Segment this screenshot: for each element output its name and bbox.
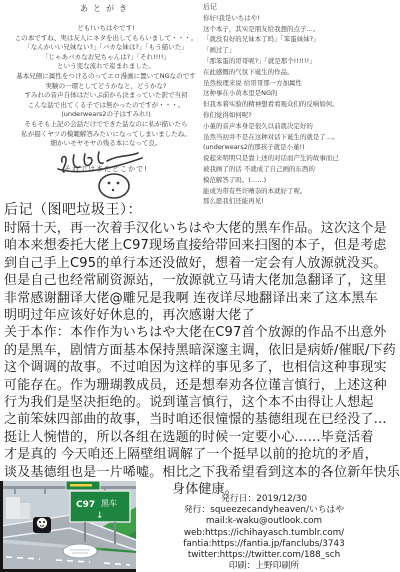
jp-afterword-line: 「なんかいい兄妹ない?」「バカな妹は?」「もう描いた」 [6,43,206,52]
jp-afterword-line: (underwears2の子はすみれ!) [6,111,206,120]
publication-line: mail:k-waku@outlook.com [128,516,400,527]
translator-note-line: 咱本来想委托大佬上C97现场直接给带回来扫图的本子，但是考虑 [4,237,399,254]
translator-note-block: 后记（图吧垃圾王）： 时隔十天，再一次着手汉化いちはや大佬的黑车作品。这次这个是… [4,200,399,499]
jp-afterword-line: ども!いちはやです! [6,24,206,33]
translator-note-line: 才是真的 今天咱还上隔壁组调解了一个挺早以前的抢坑的矛盾， [4,446,399,463]
translator-note-line: 但是自己也经常刷资源站，一放源就立马请大佬加急翻译了，这里 [4,272,399,289]
cn-notes-line: 虽然当初并不是在这种对话下诞生的就是了…。 [203,132,395,143]
jp-afterword-line: 基本兄側に属性をつけるのってエロ漫画に置いてNGなのです [6,72,206,81]
cn-notes-line: 但我本着实验的精神想看看观众们的反响如何。 [203,99,395,110]
cn-notes-line: 能成为带有些许嘈杂的本就好了呢。 [203,186,395,197]
cn-notes-line: 「画过了」 [203,45,395,56]
translator-note-line: 行为我们是坚决拒绝的。说到谨言慎行，这个本不由得让人想起 [4,394,399,411]
cn-notes-column: 后记 你好!我是いちはや!这个本子，其实是朋友给我想的点子…。「就没有好的兄妹本… [203,2,399,207]
jp-afterword-line: すみれの音声自体はだいぶ前から決まっていた訳で当初 [6,91,206,100]
cn-notes-line: 被我画了的话 不就成了自己画的东西的 [203,164,395,175]
signature-doodle [52,146,152,204]
translator-note-line: 这个调调的故事。不过咱因为这样的事见多了，也相信这种事现实 [4,359,399,376]
sign-secondary-label: 黑车 [101,498,117,508]
translator-note-line: 到自己手上C95的单行本还没做好，想着一定会有人放源就没买。 [4,255,399,272]
cn-notes-line: 在此感慨的气氛下诞生的作品。 [203,67,395,78]
translator-note-line: 挺让人惋惜的，所以各组在选题的时候一定要小心……毕竟活着 [4,429,399,446]
publication-line: twitter:https://twitter.com/188_sch [128,550,400,561]
jp-afterword-body: ども!いちはやです!この本ですね、実は友人にネタを出してもらいまして・・・。「な… [2,24,210,149]
publication-line: 発行：squeezecandyheaven/いちはや [128,505,400,516]
cn-notes-line: 你们觉得如何呢? [203,110,395,121]
jp-afterword-line: 私が描くヤツの模範解答みたいになってしまいましたね。 [6,130,206,139]
cn-notes-line: 「就没有好的兄妹本了吗」「笨蛋妹妹?」 [203,34,395,45]
cn-notes-body: 你好!我是いちはや!这个本子，其实是朋友给我想的点子…。「就没有好的兄妹本了吗」… [203,13,399,207]
cn-notes-line: 这种事在小黄本里是NG的 [203,88,395,99]
jp-afterword-line: そもそも上記の会話だけでできた話なのに私が描いたら [6,120,206,129]
publication-line: 発行日：2019/12/30 [128,494,400,505]
highway-illustration: C97 黑车 ↓ [0,481,136,572]
cn-notes-line: 「那笨蛋的哥哥呢?」「就是那个!!!!!!」 [203,56,395,67]
cn-notes-title: 后记 [203,2,399,13]
cn-notes-line: 模范解答了吗。(……) [203,175,395,186]
cn-notes-line: (underwears2的那孩子就是小堇!) [203,142,395,153]
jp-afterword-line: この本ですね、実は友人にネタを出してもらいまして・・・。 [6,34,206,43]
translator-note-line: 的是黑车，剧情方面基本保持黑暗深邃主调，依旧是病娇/催眠/下药 [4,342,399,359]
publication-info: 発行日：2019/12/30発行：squeezecandyheaven/いちはや… [128,494,400,572]
jp-afterword-line: という変な流れで産まれました。 [6,63,206,72]
publication-line: 印刷：上野印刷所 [128,561,400,572]
jp-afterword-line: 「じゃあバカなお兄ちゃんは?」「それ!!!!」 [6,53,206,62]
translator-note-line: 关于本作：本作作为いちはや大佬在C97首个放源的作品不出意外 [4,324,399,341]
publication-line: fantia:https://fantia.jp/fanclubs/3743 [128,539,400,550]
translator-note-line: 非常感谢翻译大佬@雕兄是我啊 连夜详尽地翻译出来了这本黑车 [4,290,399,307]
publication-line: web:https://ichihayasch.tumblr.com/ [128,528,400,539]
translator-note-line: 可能存在。作为珊瑚教成员，还是想奉劝各位谨言慎行，上述这种 [4,377,399,394]
afterword-page: あとがき ども!いちはやです!この本ですね、実は友人にネタを出してもらいまして・… [0,0,400,572]
sign-arrow: ↓ [96,511,104,521]
speech-bubble [63,544,97,558]
sign-main-label: C97 [76,500,95,510]
jp-afterword-line: こんな話で出てくる子では無かったのですが・・・。 [6,101,206,110]
translator-note-line: 之前笨妹四部曲的故事，当时咱还很憧憬的基德组现在已经没了… [4,411,399,428]
black-car-icon [33,517,51,533]
translator-note-heading: 后记（图吧垃圾王）： [4,200,399,220]
jp-afterword-line: 実験の一環としてどうかなと、どうかな? [6,82,206,91]
translator-note-body: 时隔十天，再一次着手汉化いちはや大佬的黑车作品。这次这个是咱本来想委托大佬上C9… [4,220,399,499]
cn-notes-line: 虽然按理来说 给哥哥那一方加属性 [203,78,395,89]
cn-notes-line: 你好!我是いちはや! [203,13,395,24]
jp-afterword-title: あとがき [2,3,210,14]
cn-notes-line: 小堇的音声本身是很久以前就决定好的 [203,121,395,132]
cn-notes-line: 说起来明明只是靠上述的对话而产生的故事而已 [203,153,395,164]
translator-note-line: 谈及基德组也是一片唏嘘。相比之下我希望看到这本的各位新年快乐 [4,464,399,481]
translator-note-line: 时隔十天，再一次着手汉化いちはや大佬的黑车作品。这次这个是 [4,220,399,237]
translator-note-line: 明明过年应该好好休息的，再次感谢大佬了 [4,307,399,324]
cn-notes-line: 这个本子，其实是朋友给我想的点子…。 [203,24,395,35]
